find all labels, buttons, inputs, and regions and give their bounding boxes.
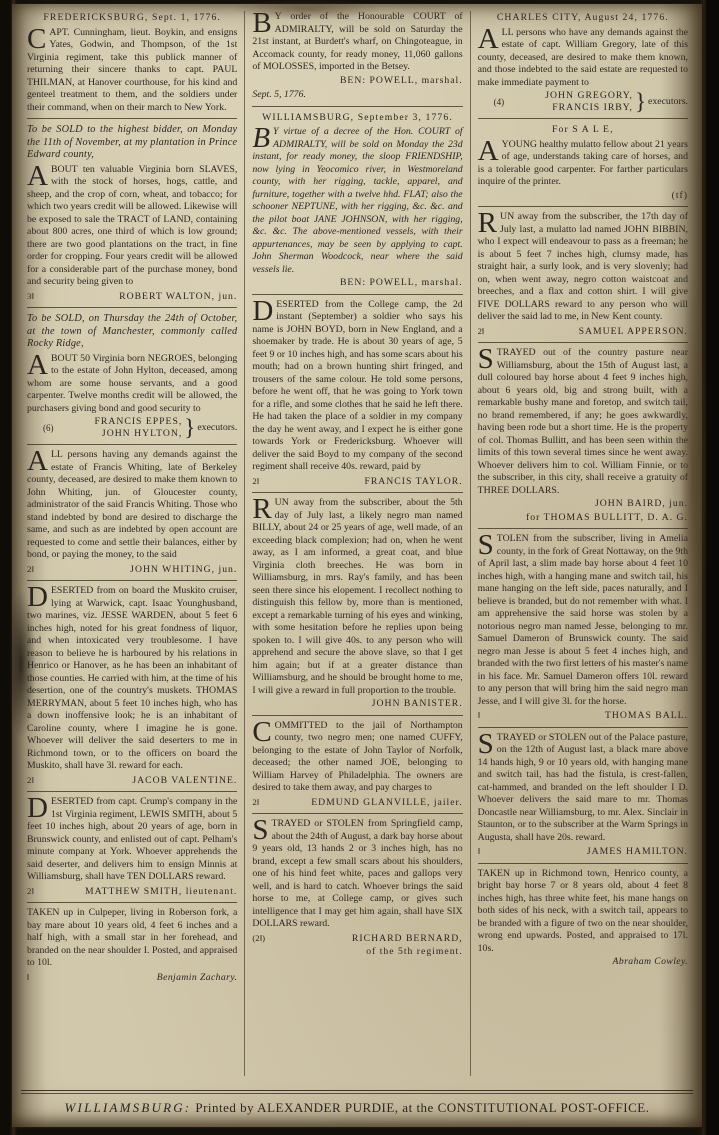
drop-cap: B (252, 11, 274, 35)
signature-label: executors. (197, 422, 237, 435)
signature-name: JOHN GREGORY, (545, 90, 633, 102)
ad-signature: 2‖JOHN WHITING, jun. (27, 563, 237, 577)
ad-signature: 2‖SAMUEL APPERSON. (478, 325, 688, 339)
ad-signature: BEN: POWELL, marshal. (252, 75, 462, 88)
ad: To be SOLD, on Thursday the 24th of Octo… (27, 307, 237, 440)
drop-cap: A (27, 164, 51, 188)
ad: TAKEN up in Richmond town, Henrico count… (478, 863, 688, 969)
signature-names: FRANCIS EPPES,JOHN HYLTON, (95, 416, 183, 440)
brace: } (184, 417, 195, 439)
ad: COMMITTED to the jail of Northampton cou… (252, 715, 462, 810)
imprint-line: WILLIAMSBURG:Printed by ALEXANDER PURDIE… (21, 1100, 693, 1122)
ad-signature: BEN: POWELL, marshal. (252, 277, 462, 290)
ad-body: STRAYED out of the country pasture near … (478, 347, 688, 497)
signature-mark: 2‖ (252, 475, 259, 488)
signature-mark: 2‖ (27, 563, 34, 576)
drop-cap: S (478, 533, 497, 557)
ad: STRAYED or STOLEN from Springfield camp,… (252, 813, 462, 959)
ad-signature: JOHN BANISTER. (252, 698, 462, 711)
ad-heading: To be SOLD, on Thursday the 24th of Octo… (27, 313, 237, 351)
ad-signature: ‖JAMES HAMILTON. (478, 845, 688, 859)
drop-cap: B (252, 126, 273, 150)
signature-name: RICHARD BERNARD, (352, 933, 463, 946)
column-1: FREDERICKSBURG, Sept. 1, 1776.CAPT. Cunn… (20, 11, 244, 1076)
ad-signature: Abraham Cowley. (478, 956, 688, 969)
imprint-place: WILLIAMSBURG: (65, 1100, 192, 1115)
ad: WILLIAMSBURG, September 3, 1776.BY virtu… (252, 106, 462, 290)
ad-signature-group: (4)JOHN GREGORY,FRANCIS IRBY,}executors. (478, 90, 688, 114)
drop-cap: R (252, 497, 274, 521)
ad: CHARLES CITY, August 24, 1776.ALL person… (478, 12, 688, 114)
signature-name: of the 5th regiment. (366, 946, 462, 959)
signature-label: executors. (648, 96, 688, 109)
column-3: CHARLES CITY, August 24, 1776.ALL person… (470, 11, 695, 1076)
drop-cap: R (478, 211, 500, 235)
ad-heading: FREDERICKSBURG, Sept. 1, 1776. (27, 12, 237, 25)
ad-signature: ‖THOMAS BALL. (478, 709, 688, 723)
signature-mark: 2‖ (27, 774, 34, 787)
drop-cap: D (27, 796, 51, 820)
ad-body: DESERTED from the College camp, the 2d i… (252, 299, 462, 474)
drop-cap: A (27, 449, 51, 473)
drop-cap: A (27, 353, 51, 377)
ad: TAKEN up in Culpeper, living in Roberson… (27, 902, 237, 984)
ad-heading: CHARLES CITY, August 24, 1776. (478, 12, 688, 25)
signature-mark: (4) (494, 96, 505, 109)
signature-mark: (6) (43, 422, 54, 435)
imprint-footer: WILLIAMSBURG:Printed by ALEXANDER PURDIE… (17, 1090, 697, 1123)
ad: RUN away from the subscriber, about the … (252, 492, 462, 711)
ad-signature: for THOMAS BULLITT, D. A. G. (478, 512, 688, 525)
ad-heading: WILLIAMSBURG, September 3, 1776. (252, 112, 462, 125)
ad-body: DESERTED from capt. Crump's company in t… (27, 796, 237, 884)
ad: DESERTED from on board the Muskito cruis… (27, 580, 237, 787)
ad-body: RUN away from the subscriber, about the … (252, 497, 462, 697)
signature-name: ROBERT WALTON, jun. (119, 291, 237, 304)
signature-name: JOHN BANISTER. (372, 698, 463, 711)
ad-body: BY order of the Honourable COURT of ADMI… (252, 11, 462, 74)
brace: } (635, 91, 646, 113)
ad-signature: 2‖EDMUND GLANVILLE, jailer. (252, 796, 462, 810)
drop-cap: D (27, 585, 51, 609)
signature-name: Benjamin Zachary. (157, 972, 238, 985)
ad-signature: ‖Benjamin Zachary. (27, 971, 237, 985)
drop-cap: S (478, 347, 497, 371)
ad-signature: 2‖MATTHEW SMITH, lieutenant. (27, 885, 237, 899)
ad: FREDERICKSBURG, Sept. 1, 1776.CAPT. Cunn… (27, 12, 237, 114)
ad-body: ALL persons having any demands against t… (27, 449, 237, 562)
footer-rule (21, 1090, 693, 1095)
signature-name: for THOMAS BULLITT, D. A. G. (526, 512, 688, 525)
signature-names: JOHN GREGORY,FRANCIS IRBY, (545, 90, 633, 114)
ad-body: STRAYED or STOLEN out of the Palace past… (478, 732, 688, 845)
signature-mark: (2‖) (252, 932, 265, 945)
ad-body: BY virtue of a decree of the Hon. COURT … (252, 126, 462, 276)
drop-cap: A (478, 139, 502, 163)
imprint-text: Printed by ALEXANDER PURDIE, at the CONS… (195, 1100, 649, 1115)
ad: ALL persons having any demands against t… (27, 444, 237, 576)
ad: To be SOLD to the highest bidder, on Mon… (27, 118, 237, 303)
drop-cap: C (252, 720, 274, 744)
ad-body: TAKEN up in Culpeper, living in Roberson… (27, 907, 237, 970)
ad-body: ABOUT ten valuable Virginia born SLAVES,… (27, 164, 237, 289)
ad-body: AYOUNG healthy mulatto fellow about 21 y… (478, 139, 688, 189)
ad-heading: To be SOLD to the highest bidder, on Mon… (27, 124, 237, 162)
ad-signature: (tf) (478, 190, 688, 203)
signature-name: Abraham Cowley. (613, 956, 688, 969)
ad-dateline: Sept. 5, 1776. (252, 89, 462, 102)
ad: BY order of the Honourable COURT of ADMI… (252, 11, 462, 102)
signature-name: SAMUEL APPERSON. (579, 326, 688, 339)
ad-body: RUN away from the subscriber, the 17th d… (478, 211, 688, 324)
ad-body: CAPT. Cunningham, lieut. Boykin, and ens… (27, 27, 237, 115)
signature-mark: ‖ (478, 845, 480, 858)
ad: RUN away from the subscriber, the 17th d… (478, 206, 688, 338)
column-2: BY order of the Honourable COURT of ADMI… (244, 11, 469, 1076)
signature-mark: 3‖ (27, 290, 34, 303)
signature-name: JOHN BAIRD, jun. (595, 498, 688, 511)
ad-heading: For S A L E, (478, 124, 688, 137)
ad-signature: (2‖)RICHARD BERNARD, (252, 932, 462, 946)
drop-cap: S (252, 818, 271, 842)
signature-name: FRANCIS IRBY, (545, 102, 633, 114)
drop-cap: C (27, 27, 49, 51)
signature-mark: 2‖ (252, 796, 259, 809)
ad-body: ABOUT 50 Virginia born NEGROES, belongin… (27, 353, 237, 416)
signature-name: JAMES HAMILTON. (587, 846, 688, 859)
ad: For S A L E,AYOUNG healthy mulatto fello… (478, 118, 688, 202)
drop-cap: A (478, 27, 502, 51)
signature-mark: ‖ (478, 709, 480, 722)
ad: DESERTED from capt. Crump's company in t… (27, 791, 237, 898)
ad-signature: 2‖FRANCIS TAYLOR. (252, 475, 462, 489)
signature-name: FRANCIS EPPES, (95, 416, 183, 428)
ad-signature: 2‖JACOB VALENTINE. (27, 774, 237, 788)
signature-mark: 2‖ (478, 325, 485, 338)
ad-body: DESERTED from on board the Muskito cruis… (27, 585, 237, 773)
signature-name: FRANCIS TAYLOR. (364, 476, 462, 489)
ad: DESERTED from the College camp, the 2d i… (252, 294, 462, 489)
signature-name: THOMAS BALL. (605, 710, 688, 723)
drop-cap: S (478, 732, 497, 756)
drop-cap: D (252, 299, 276, 323)
ad-signature: JOHN BAIRD, jun. (478, 498, 688, 511)
signature-name: BEN: POWELL, marshal. (340, 75, 463, 88)
signature-name: EDMUND GLANVILLE, jailer. (311, 797, 462, 810)
ad-body: TAKEN up in Richmond town, Henrico count… (478, 868, 688, 956)
signature-name: JOHN WHITING, jun. (130, 564, 237, 577)
ad-body: COMMITTED to the jail of Northampton cou… (252, 720, 462, 795)
signature-mark: 2‖ (27, 885, 34, 898)
ad: STRAYED or STOLEN out of the Palace past… (478, 727, 688, 859)
signature-name: BEN: POWELL, marshal. (340, 277, 463, 290)
ad-columns: FREDERICKSBURG, Sept. 1, 1776.CAPT. Cunn… (12, 4, 702, 1076)
ad-body: STRAYED or STOLEN from Springfield camp,… (252, 818, 462, 931)
ad: STRAYED out of the country pasture near … (478, 342, 688, 524)
signature-name: (tf) (672, 190, 688, 203)
ad-signature: 3‖ROBERT WALTON, jun. (27, 290, 237, 304)
signature-mark: ‖ (27, 971, 29, 984)
signature-name: JOHN HYLTON, (95, 428, 183, 440)
ad-signature: of the 5th regiment. (252, 946, 462, 959)
newspaper-page: FREDERICKSBURG, Sept. 1, 1776.CAPT. Cunn… (12, 4, 702, 1127)
ad: STOLEN from the subscriber, living in Am… (478, 528, 688, 723)
signature-name: MATTHEW SMITH, lieutenant. (85, 886, 237, 899)
signature-name: JACOB VALENTINE. (132, 775, 237, 788)
ad-body: ALL persons who have any demands against… (478, 27, 688, 90)
ad-signature-group: (6)FRANCIS EPPES,JOHN HYLTON,}executors. (27, 416, 237, 440)
ad-body: STOLEN from the subscriber, living in Am… (478, 533, 688, 708)
